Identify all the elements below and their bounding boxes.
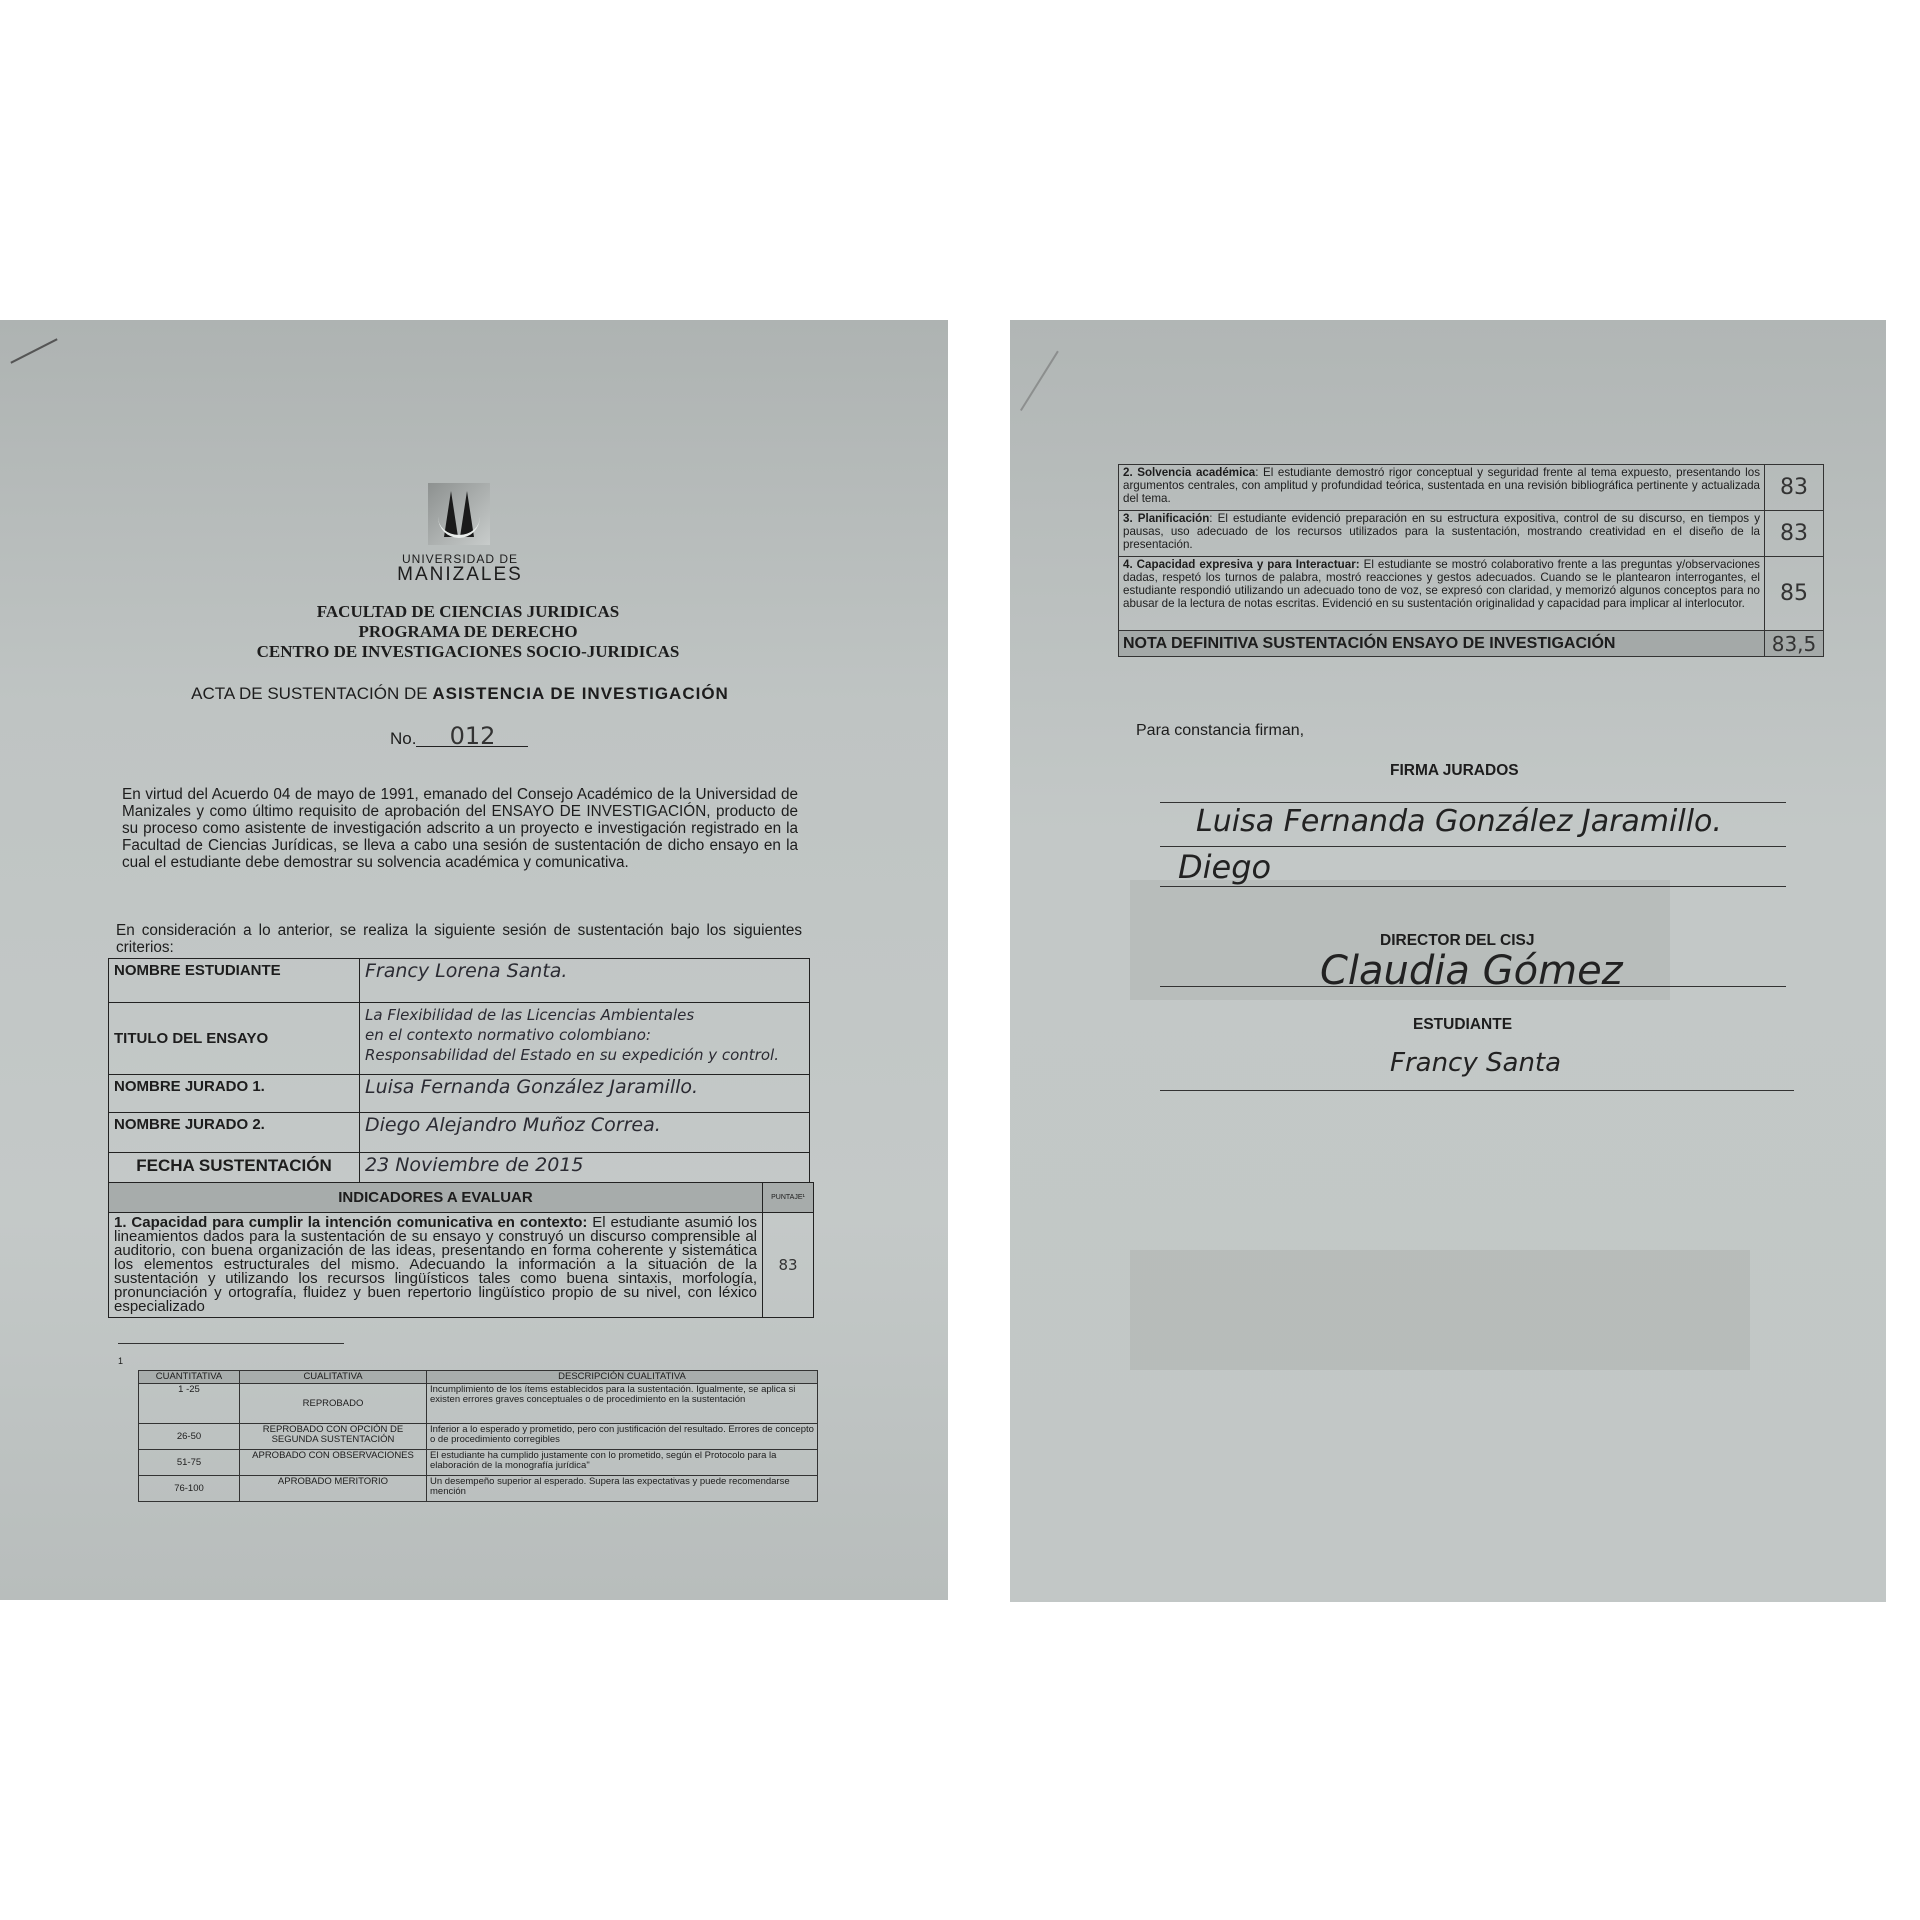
signature-line: [1160, 886, 1786, 887]
criterion-4-score: 85: [1765, 557, 1824, 631]
scale-label: APROBADO MERITORIO: [240, 1476, 427, 1502]
student-value: Francy Lorena Santa.: [360, 959, 810, 1003]
signature-line: [1160, 1090, 1794, 1091]
student-info-table: NOMBRE ESTUDIANTE Francy Lorena Santa. T…: [108, 958, 810, 1183]
table-row: FECHA SUSTENTACIÓN 23 Noviembre de 2015: [109, 1153, 810, 1183]
essay-title-line-2: en el contexto normativo colombiano:: [365, 1025, 804, 1045]
act-number-value: 012: [416, 726, 528, 747]
indicators-header: INDICADORES A EVALUAR: [109, 1183, 763, 1213]
table-row: NOMBRE JURADO 2. Diego Alejandro Muñoz C…: [109, 1113, 810, 1153]
table-row: 3. Planificación: El estudiante evidenci…: [1119, 511, 1824, 557]
scale-header-quantitative: CUANTITATIVA: [139, 1371, 240, 1384]
table-row: 51-75 APROBADO CON OBSERVACIONES El estu…: [139, 1450, 818, 1476]
footnote-marker: 1: [118, 1356, 123, 1366]
criteria-table: 2. Solvencia académica: El estudiante de…: [1118, 464, 1824, 657]
final-grade-value: 83,5: [1765, 631, 1824, 657]
criterion-2-title: 2. Solvencia académica: [1123, 466, 1255, 479]
faculty-heading: FACULTAD DE CIENCIAS JURIDICAS: [0, 602, 942, 622]
criterion-2-score: 83: [1765, 465, 1824, 511]
essay-title-line-1: La Flexibilidad de las Licencias Ambient…: [365, 1005, 804, 1025]
scale-range: 1 -25: [139, 1384, 240, 1424]
scale-range: 26-50: [139, 1424, 240, 1450]
table-row: 4. Capacidad expresiva y para Interactua…: [1119, 557, 1824, 631]
scale-range: 76-100: [139, 1476, 240, 1502]
juror2-signature: Diego: [1178, 848, 1271, 886]
table-row: 1 -25 REPROBADO Incumplimiento de los ít…: [139, 1384, 818, 1424]
final-grade-label: NOTA DEFINITIVA SUSTENTACIÓN ENSAYO DE I…: [1119, 631, 1765, 657]
criteria-intro: En consideración a lo anterior, se reali…: [116, 922, 802, 956]
scale-label: REPROBADO CON OPCIÓN DE SEGUNDA SUSTENTA…: [240, 1424, 427, 1450]
date-value: 23 Noviembre de 2015: [360, 1153, 810, 1183]
scale-description: Inferior a lo esperado y prometido, pero…: [427, 1424, 818, 1450]
act-number-label: No.: [390, 729, 416, 748]
juror2-value: Diego Alejandro Muñoz Correa.: [360, 1113, 810, 1153]
criterion-4-title: 4. Capacidad expresiva y para Interactua…: [1123, 558, 1360, 571]
juror2-label: NOMBRE JURADO 2.: [109, 1113, 360, 1153]
table-row: TITULO DEL ENSAYO La Flexibilidad de las…: [109, 1003, 810, 1075]
title-prefix: ACTA DE SUSTENTACIÓN DE: [191, 684, 432, 703]
page-fold-mark: [1020, 351, 1059, 411]
table-row: NOMBRE ESTUDIANTE Francy Lorena Santa.: [109, 959, 810, 1003]
essay-title-line-3: Responsabilidad del Estado en su expedic…: [365, 1045, 804, 1065]
constancia-text: Para constancia firman,: [1136, 722, 1304, 740]
criterion-3-description: : El estudiante evidenció preparación en…: [1123, 512, 1760, 551]
program-heading: PROGRAMA DE DERECHO: [0, 622, 942, 642]
footnote-divider: [118, 1343, 344, 1344]
scale-description: Incumplimiento de los ítems establecidos…: [427, 1384, 818, 1424]
bleed-through: [1130, 1250, 1750, 1370]
director-signature: Claudia Gómez: [1320, 948, 1623, 994]
scale-label: REPROBADO: [240, 1384, 427, 1424]
student-signature: Francy Santa: [1390, 1048, 1561, 1078]
juror1-value: Luisa Fernanda González Jaramillo.: [360, 1075, 810, 1113]
criterion-1-score: 83: [763, 1213, 814, 1318]
table-row: 76-100 APROBADO MERITORIO Un desempeño s…: [139, 1476, 818, 1502]
table-row: 26-50 REPROBADO CON OPCIÓN DE SEGUNDA SU…: [139, 1424, 818, 1450]
act-number: No.012: [390, 726, 528, 749]
scale-description: Un desempeño superior al esperado. Super…: [427, 1476, 818, 1502]
criterion-1-description: El estudiante asumió los lineamientos da…: [114, 1214, 757, 1315]
university-logo-icon: [428, 483, 490, 545]
table-row: NOTA DEFINITIVA SUSTENTACIÓN ENSAYO DE I…: [1119, 631, 1824, 657]
document-page-2: 2. Solvencia académica: El estudiante de…: [1010, 320, 1886, 1602]
table-row: 1. Capacidad para cumplir la intención c…: [109, 1213, 814, 1318]
indicators-table: INDICADORES A EVALUAR PUNTAJE¹ 1. Capaci…: [108, 1182, 814, 1318]
intro-paragraph: En virtud del Acuerdo 04 de mayo de 1991…: [122, 786, 798, 871]
criterion-3-text: 3. Planificación: El estudiante evidenci…: [1119, 511, 1765, 557]
student-heading: ESTUDIANTE: [1413, 1016, 1512, 1034]
table-row: INDICADORES A EVALUAR PUNTAJE¹: [109, 1183, 814, 1213]
criterion-3-score: 83: [1765, 511, 1824, 557]
essay-title-label: TITULO DEL ENSAYO: [109, 1003, 360, 1075]
table-row: 2. Solvencia académica: El estudiante de…: [1119, 465, 1824, 511]
staple-mark: [10, 338, 57, 363]
juror1-signature: Luisa Fernanda González Jaramillo.: [1196, 804, 1722, 839]
title-bold: ASISTENCIA DE INVESTIGACIÓN: [432, 684, 729, 703]
criterion-1-text: 1. Capacidad para cumplir la intención c…: [109, 1213, 763, 1318]
criterion-3-title: 3. Planificación: [1123, 512, 1209, 525]
center-heading: CENTRO DE INVESTIGACIONES SOCIO-JURIDICA…: [0, 642, 942, 662]
jurors-heading: FIRMA JURADOS: [1390, 762, 1519, 780]
grading-scale-table: CUANTITATIVA CUALITATIVA DESCRIPCIÓN CUA…: [138, 1370, 818, 1502]
logo-text-line2: MANIZALES: [380, 564, 540, 586]
criterion-4-text: 4. Capacidad expresiva y para Interactua…: [1119, 557, 1765, 631]
essay-title-value: La Flexibilidad de las Licencias Ambient…: [360, 1003, 810, 1075]
scale-header-qualitative: CUALITATIVA: [240, 1371, 427, 1384]
document-page-1: UNIVERSIDAD DE MANIZALES FACULTAD DE CIE…: [0, 320, 948, 1600]
date-label: FECHA SUSTENTACIÓN: [109, 1153, 360, 1183]
scale-header-description: DESCRIPCIÓN CUALITATIVA: [427, 1371, 818, 1384]
scale-label: APROBADO CON OBSERVACIONES: [240, 1450, 427, 1476]
juror1-label: NOMBRE JURADO 1.: [109, 1075, 360, 1113]
student-label: NOMBRE ESTUDIANTE: [109, 959, 360, 1003]
table-row: NOMBRE JURADO 1. Luisa Fernanda González…: [109, 1075, 810, 1113]
score-header: PUNTAJE¹: [763, 1183, 814, 1213]
scale-description: El estudiante ha cumplido justamente con…: [427, 1450, 818, 1476]
table-row: CUANTITATIVA CUALITATIVA DESCRIPCIÓN CUA…: [139, 1371, 818, 1384]
criterion-2-text: 2. Solvencia académica: El estudiante de…: [1119, 465, 1765, 511]
scale-range: 51-75: [139, 1450, 240, 1476]
document-title: ACTA DE SUSTENTACIÓN DE ASISTENCIA DE IN…: [0, 684, 920, 704]
